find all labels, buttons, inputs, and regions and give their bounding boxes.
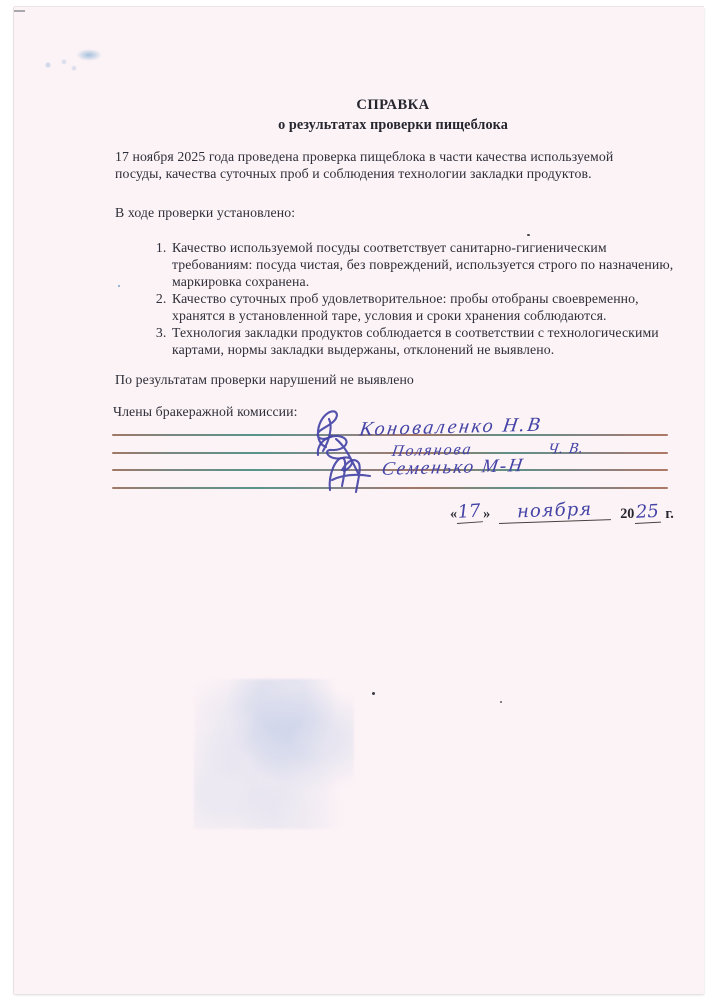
signature-line	[112, 487, 668, 489]
document-subtitle: о результатах проверки пищеблока	[101, 117, 685, 134]
findings-list: Качество используемой посуды соответству…	[115, 239, 682, 358]
signature-initials: Ч. В.	[547, 441, 585, 459]
date-year-handwritten: 25	[634, 501, 661, 524]
date-day-handwritten: 17	[456, 500, 483, 524]
signature-line	[112, 452, 668, 454]
date-line: « 17 » ноября 20 25 г.	[450, 502, 674, 524]
ink-smudge	[76, 49, 102, 61]
document-heading-block: СПРАВКА о результатах проверки пищеблока	[101, 97, 685, 134]
finding-item: Качество суточных проб удовлетворительно…	[170, 290, 682, 324]
signature-name: Коноваленко Н.В	[358, 414, 544, 442]
stamp-ghost-smudge	[194, 679, 354, 829]
signature-paraph	[322, 450, 374, 496]
scan-speck	[500, 701, 502, 703]
conclusion-text: По результатам проверки нарушений не выя…	[115, 371, 635, 388]
date-year-label: г.	[665, 506, 673, 523]
scan-speck	[527, 234, 530, 236]
scanner-background: СПРАВКА о результатах проверки пищеблока…	[0, 0, 712, 1008]
paper-sheet: СПРАВКА о результатах проверки пищеблока…	[14, 7, 704, 994]
scan-edge-artifact	[14, 10, 25, 12]
ink-speckles	[40, 57, 80, 73]
intro-paragraph: 17 ноября 2025 года проведена проверка п…	[115, 148, 619, 182]
scan-speck	[372, 692, 375, 695]
date-month-handwritten: ноября	[498, 498, 611, 524]
date-year-prefix: 20	[620, 506, 634, 523]
document-title: СПРАВКА	[101, 97, 685, 114]
close-quote: »	[483, 506, 490, 523]
findings-heading: В ходе проверки установлено:	[115, 204, 619, 221]
finding-item: Качество используемой посуды соответству…	[170, 239, 682, 290]
signature-name: Семенько М-Н	[380, 455, 526, 481]
finding-item: Технология закладки продуктов соблюдаетс…	[170, 324, 682, 358]
